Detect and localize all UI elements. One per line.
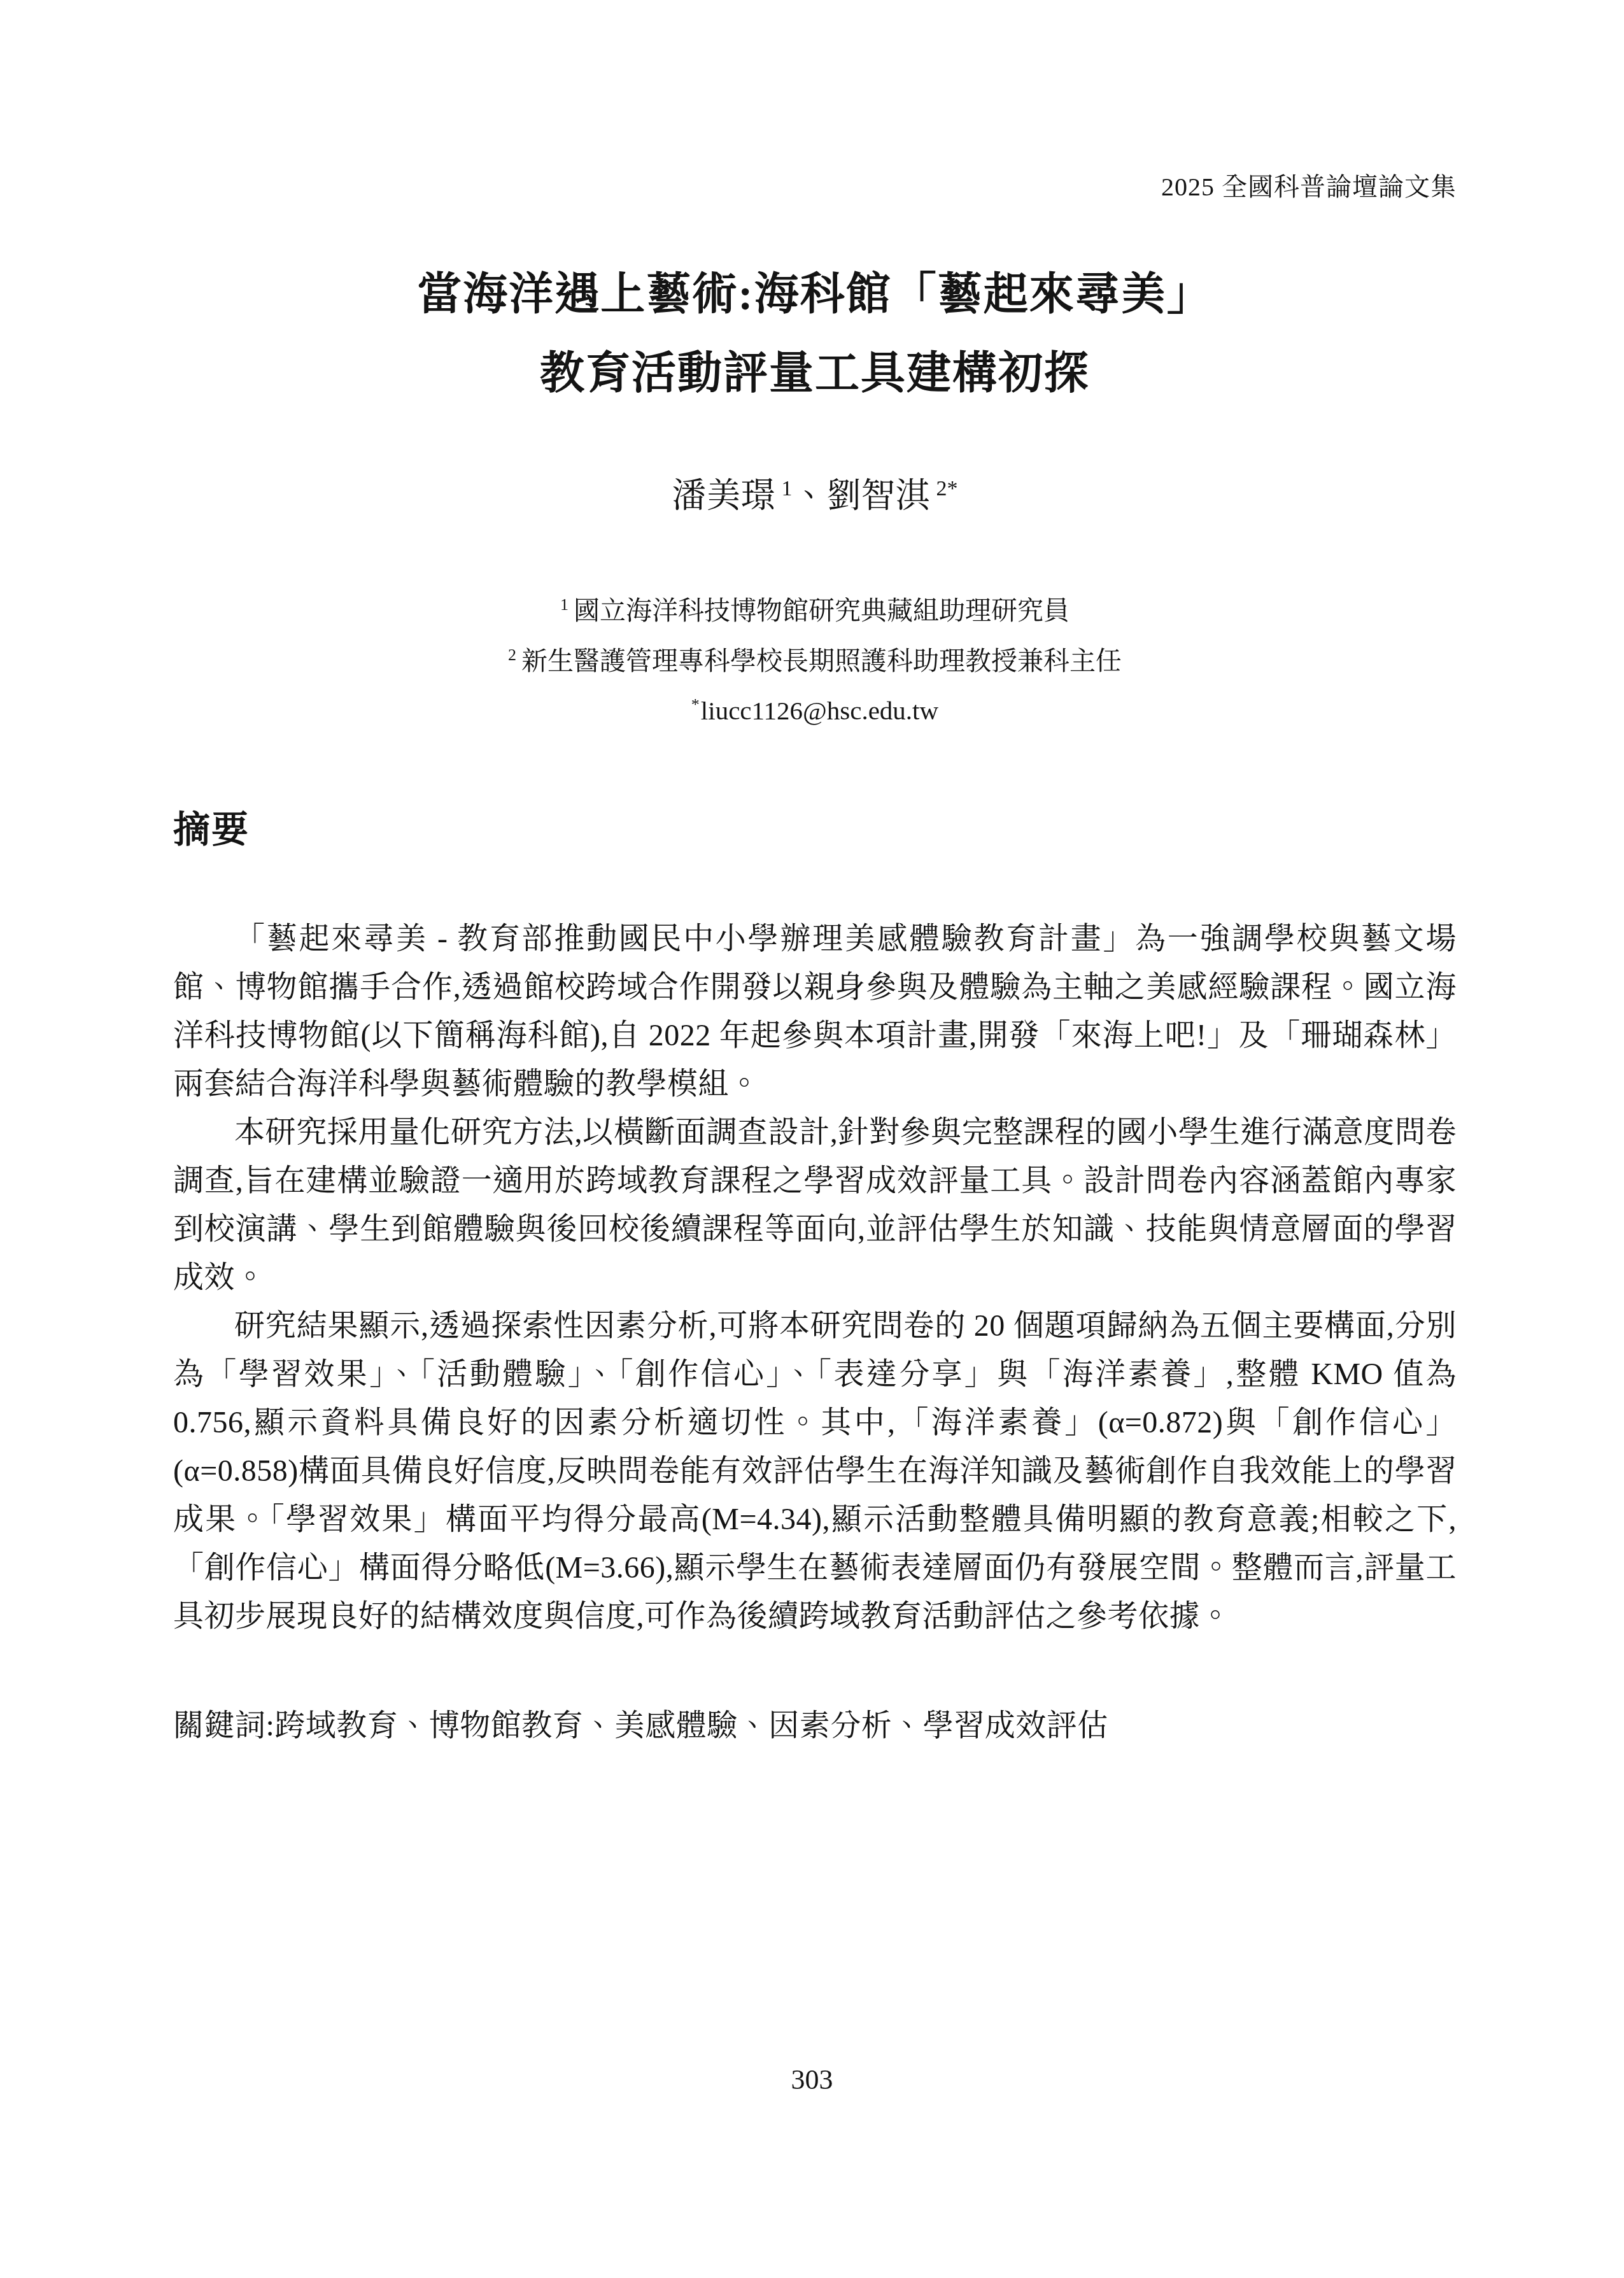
abstract-paragraph-3: 研究結果顯示,透過探索性因素分析,可將本研究問卷的 20 個題項歸納為五個主要構… <box>173 1302 1457 1641</box>
author-line: 潘美璟1、劉智淇2* <box>173 469 1457 516</box>
abstract-paragraph-1: 「藝起來尋美 - 教育部推動國民中小學辦理美感體驗教育計畫」為一強調學校與藝文場… <box>173 915 1457 1108</box>
abstract-paragraph-2: 本研究採用量化研究方法,以橫斷面調查設計,針對參與完整課程的國小學生進行滿意度問… <box>173 1108 1457 1302</box>
paper-title-line2: 教育活動評量工具建構初探 <box>540 350 1090 399</box>
affiliations-block: 1國立海洋科技博物館研究典藏組助理研究員 2新生醫護管理專科學校長期照護科助理教… <box>173 583 1457 733</box>
author-separator: 、 <box>793 477 827 515</box>
affiliation-1: 1國立海洋科技博物館研究典藏組助理研究員 <box>173 583 1457 633</box>
paper-page: 2025 全國科普論壇論文集 當海洋遇上藝術:海科館「藝起來尋美」 教育活動評量… <box>0 0 1624 2278</box>
proceedings-header: 2025 全國科普論壇論文集 <box>173 172 1457 202</box>
email-asterisk: * <box>691 695 700 714</box>
page-number: 303 <box>0 2064 1624 2096</box>
affiliation-1-text: 國立海洋科技博物館研究典藏組助理研究員 <box>574 596 1070 625</box>
corresponding-email: *liucc1126@hsc.edu.tw <box>173 683 1457 733</box>
affiliation-2-superscript: 2 <box>508 646 516 664</box>
affiliation-2: 2新生醫護管理專科學校長期照護科助理教授兼科主任 <box>173 633 1457 683</box>
email-text: liucc1126@hsc.edu.tw <box>701 696 938 725</box>
author-2-name: 劉智淇 <box>827 477 930 515</box>
author-2-superscript: 2* <box>936 477 958 500</box>
author-1-name: 潘美璟 <box>672 477 775 515</box>
author-1-superscript: 1 <box>782 477 793 500</box>
abstract-body: 「藝起來尋美 - 教育部推動國民中小學辦理美感體驗教育計畫」為一強調學校與藝文場… <box>173 915 1457 1641</box>
abstract-heading: 摘要 <box>173 809 1457 851</box>
paper-title: 當海洋遇上藝術:海科館「藝起來尋美」 教育活動評量工具建構初探 <box>173 256 1457 414</box>
affiliation-2-text: 新生醫護管理專科學校長期照護科助理教授兼科主任 <box>521 646 1122 675</box>
keywords-line: 關鍵詞:跨域教育、博物館教育、美感體驗、因素分析、學習成效評估 <box>173 1702 1457 1750</box>
affiliation-1-superscript: 1 <box>560 595 568 614</box>
paper-title-line1: 當海洋遇上藝術:海科館「藝起來尋美」 <box>417 271 1212 320</box>
